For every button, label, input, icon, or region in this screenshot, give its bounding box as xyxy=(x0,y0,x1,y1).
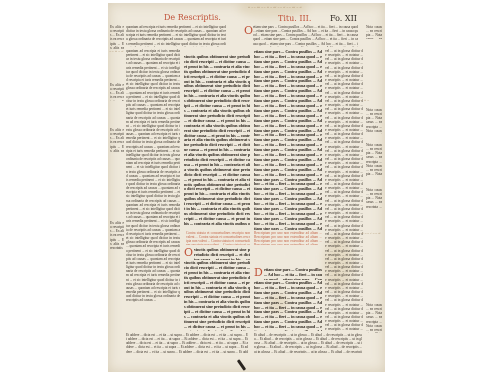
right-margin-note: Nota casus ... ea rescripta ... Nota cas… xyxy=(366,303,382,333)
left-margin-note: Ex aliis ea rescriptis ... Ex aliis ea r… xyxy=(110,25,124,49)
initial-letter-d: D xyxy=(254,267,263,278)
main-text-right-cont: etiam sine pars ... Contra pusillos ... … xyxy=(254,281,322,331)
left-margin-note: Ex aliis ea rescriptis ... Ex aliis ea r… xyxy=(110,128,124,152)
handwritten-margin-note: ~~ ⸗⸗ ~ xyxy=(358,98,384,108)
running-title-center: Titu. III. xyxy=(278,14,311,23)
folio-number: Fo. XII xyxy=(330,14,357,23)
initial-letter-o: O xyxy=(184,247,193,258)
handwritten-margin-note: ~ ⸗⸗ ~~ ⸗ ~~ ⸗⸗ xyxy=(358,231,384,251)
ink-mark xyxy=(237,359,246,371)
top-gloss-right: etiam sine pars ... Contra pusillos ... … xyxy=(253,25,358,47)
gloss-column-left: quoniam ad rescripta et iuris remedia pe… xyxy=(126,49,180,329)
book-leaf: ⸗⸗ ~~ ⸗⸗⸗ ~~ ⸗⸗ ~ ⸗⸗⸗ ~~ ⸗⸗ ~~ ⸗⸗⸗ ~ ⸗⸗ … xyxy=(108,3,385,372)
footer-note-right: Et aliud ... de rescriptis ... ut in glo… xyxy=(254,333,362,353)
top-gloss-left: quoniam ad rescripta et iuris remedia pe… xyxy=(126,25,226,47)
main-text-left: vinctis quibus obtinuerat sine preiudici… xyxy=(184,55,250,225)
main-text-right-para: etiam sine pars ... Contra pusillos ... … xyxy=(264,268,322,280)
gloss-column-right: vel ... ut in glossa dicitur de rescript… xyxy=(325,49,363,331)
rubric-left: Contra statuta et consuetudines rescript… xyxy=(186,231,250,245)
rubric-right: Rescriptum pro uno non extenditur ad ali… xyxy=(254,231,322,245)
right-margin-note: Nota casus ... ea rescripta ... Nota cas… xyxy=(366,108,382,134)
initial-letter-o: O xyxy=(244,25,253,36)
right-margin-note: Nota casus ... ea rescripta ... Nota cas… xyxy=(366,25,382,39)
left-margin-note: Ex aliis ea rescriptis ... Ex aliis ea r… xyxy=(110,83,124,101)
left-margin-note: Ex aliis ea rescriptis ... Ex aliis ea r… xyxy=(110,221,124,249)
right-margin-note: Nota casus ... ea rescripta ... Nota cas… xyxy=(366,143,382,177)
main-text-right: etiam sine pars ... Contra pusillos ... … xyxy=(254,50,322,230)
right-margin-note: Nota casus ... ea rescripta ... Nota cas… xyxy=(366,188,382,208)
running-title-left: De Rescriptis. xyxy=(164,13,221,22)
main-text-left-cont: vinctis quibus obtinuerat sine preiudici… xyxy=(184,261,250,331)
footer-note-left: Et addere ... dicta est ... et ita ... u… xyxy=(126,333,248,353)
main-text-left-para: vinctis quibus obtinuerat sine preiudici… xyxy=(194,248,250,260)
